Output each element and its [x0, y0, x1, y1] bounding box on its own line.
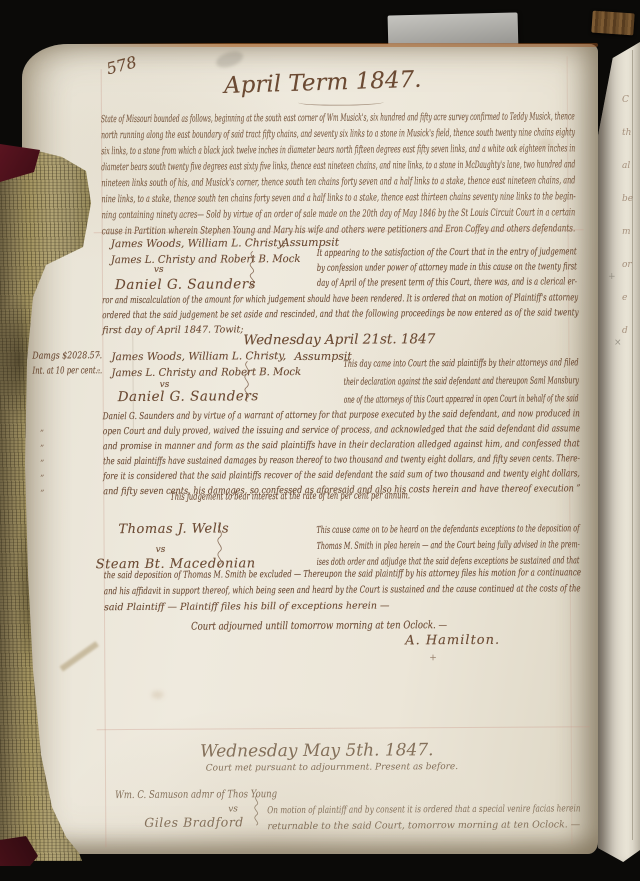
entry2-plaintiff-names: James Woods, William L. Christy,James L.… — [111, 348, 301, 381]
entry3-body-full: the said deposition of Thomas M. Smith b… — [104, 565, 581, 616]
brace-flourish — [245, 250, 259, 288]
entry3-plaintiff-name: Thomas J. Wells — [118, 521, 263, 537]
signature-flourish: + — [429, 653, 449, 663]
adjournment-line: Court adjourned untill tomorrow morning … — [191, 619, 447, 633]
entry3-vs-label: vs — [156, 545, 186, 555]
session-heading-april21: Wednesday April 21st. 1847 — [214, 331, 464, 349]
book-photo: Cthalbemored + × 578 April Term 1847. St… — [0, 0, 640, 881]
entry2-body-indented: This day came into Court the said plaint… — [343, 354, 578, 409]
foxing-spot — [151, 691, 163, 699]
page-number: 578 — [104, 43, 177, 79]
entry1-plaintiff-names: James Woods, William L. Christy,James L.… — [111, 235, 301, 268]
entry1-body-indented: It appearing to the satisfaction of the … — [317, 244, 577, 291]
entry1-vs-label: vs — [154, 265, 184, 275]
handwritten-content: 578 April Term 1847. State of Missouri b… — [0, 0, 640, 881]
term-title: April Term 1847. — [172, 65, 473, 101]
session-heading-may5: Wednesday May 5th. 1847. — [187, 740, 447, 762]
entry2-body-full: Daniel G. Saunders and by virtue of a wa… — [103, 406, 581, 499]
horizontal-rule-bottom — [97, 726, 590, 730]
brace-flourish — [212, 522, 226, 568]
session-subheading-may5: Court met pursuant to adjournment. Prese… — [182, 762, 482, 774]
title-underline-flourish — [298, 98, 384, 106]
brace-flourish — [239, 360, 253, 402]
opening-paragraph: State of Missouri bounded as follows, be… — [101, 109, 576, 240]
entry2-interest-line: This judgement to bear interest at the r… — [170, 490, 410, 502]
entry4-body: On motion of plaintiff and by consent it… — [267, 801, 580, 835]
entry1-defendant-name: Daniel G. Saunders — [115, 276, 285, 293]
pencil-smudge — [214, 48, 245, 70]
brace-flourish — [250, 794, 262, 826]
entry2-defendant-name: Daniel G. Saunders — [118, 388, 288, 405]
scratch-mark — [60, 641, 99, 671]
entry3-body-indented: This cause came on to be heard on the de… — [316, 521, 579, 571]
entry2-ditto-marks: ””””” — [40, 426, 50, 501]
margin-note-damages: Damgs $2028.57.Int. at 10 per cent... — [32, 348, 102, 378]
margin-note-ditto-marks: ”” — [96, 350, 106, 380]
judge-signature: A. Hamilton. — [405, 633, 525, 649]
